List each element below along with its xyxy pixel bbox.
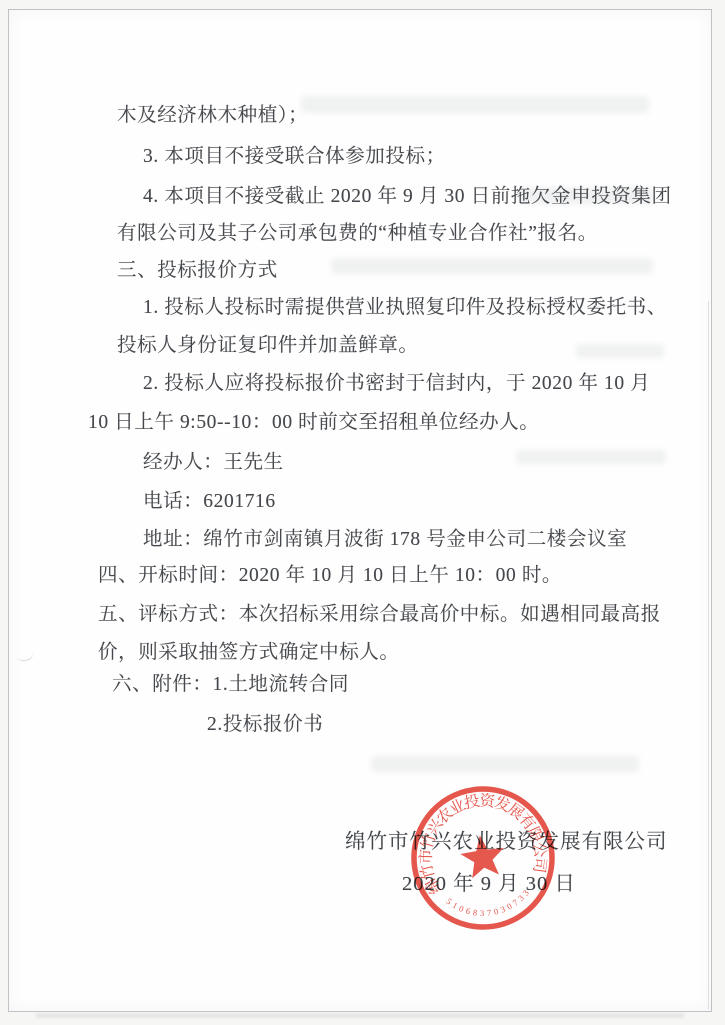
doc-line: 2.投标报价书 [207, 708, 323, 736]
doc-line: 经办人：王先生 [143, 446, 284, 474]
doc-section-heading: 三、投标报价方式 [117, 254, 278, 282]
bleed-through-artifact [301, 96, 649, 113]
doc-section-heading: 四、开标时间：2020 年 10 月 10 日上午 10：00 时。 [98, 559, 562, 587]
bleed-through-artifact [516, 450, 666, 464]
bleed-through-artifact [371, 756, 639, 772]
doc-line: 4. 本项目不接受截止 2020 年 9 月 30 日前拖欠金申投资集团 [143, 180, 672, 208]
doc-line: 有限公司及其子公司承包费的“种植专业合作社”报名。 [117, 217, 598, 245]
scan-mark [16, 647, 34, 662]
scan-fold-line [708, 301, 709, 1009]
bleed-through-artifact [331, 258, 653, 274]
doc-section-heading: 六、附件：1.土地流转合同 [112, 668, 349, 696]
doc-line: 3. 本项目不接受联合体参加投标； [143, 140, 446, 168]
doc-line: 1. 投标人投标时需提供营业执照复印件及投标授权委托书、 [143, 291, 667, 319]
company-seal: 绵竹市竹兴农业投资发展有限公司 5106837030733 [389, 764, 576, 951]
doc-line: 木及经济林木种植）； [117, 99, 308, 127]
doc-line: 投标人身份证复印件并加盖鲜章。 [117, 329, 419, 357]
doc-section-heading: 五、评标方式：本次招标采用综合最高价中标。如遇相同最高报 [98, 598, 661, 626]
doc-line: 地址：绵竹市剑南镇月波街 178 号金申公司二楼会议室 [143, 523, 627, 551]
doc-line: 2. 投标人应将投标报价书密封于信封内，于 2020 年 10 月 [143, 367, 650, 395]
scan-edge-shadow [36, 1013, 684, 1018]
doc-line: 电话：6201716 [143, 485, 276, 513]
doc-line: 10 日上午 9:50--10：00 时前交至招租单位经办人。 [88, 406, 539, 434]
doc-line: 价，则采取抽签方式确定中标人。 [98, 636, 400, 664]
seal-star-icon [458, 832, 507, 879]
bleed-through-artifact [576, 344, 664, 358]
